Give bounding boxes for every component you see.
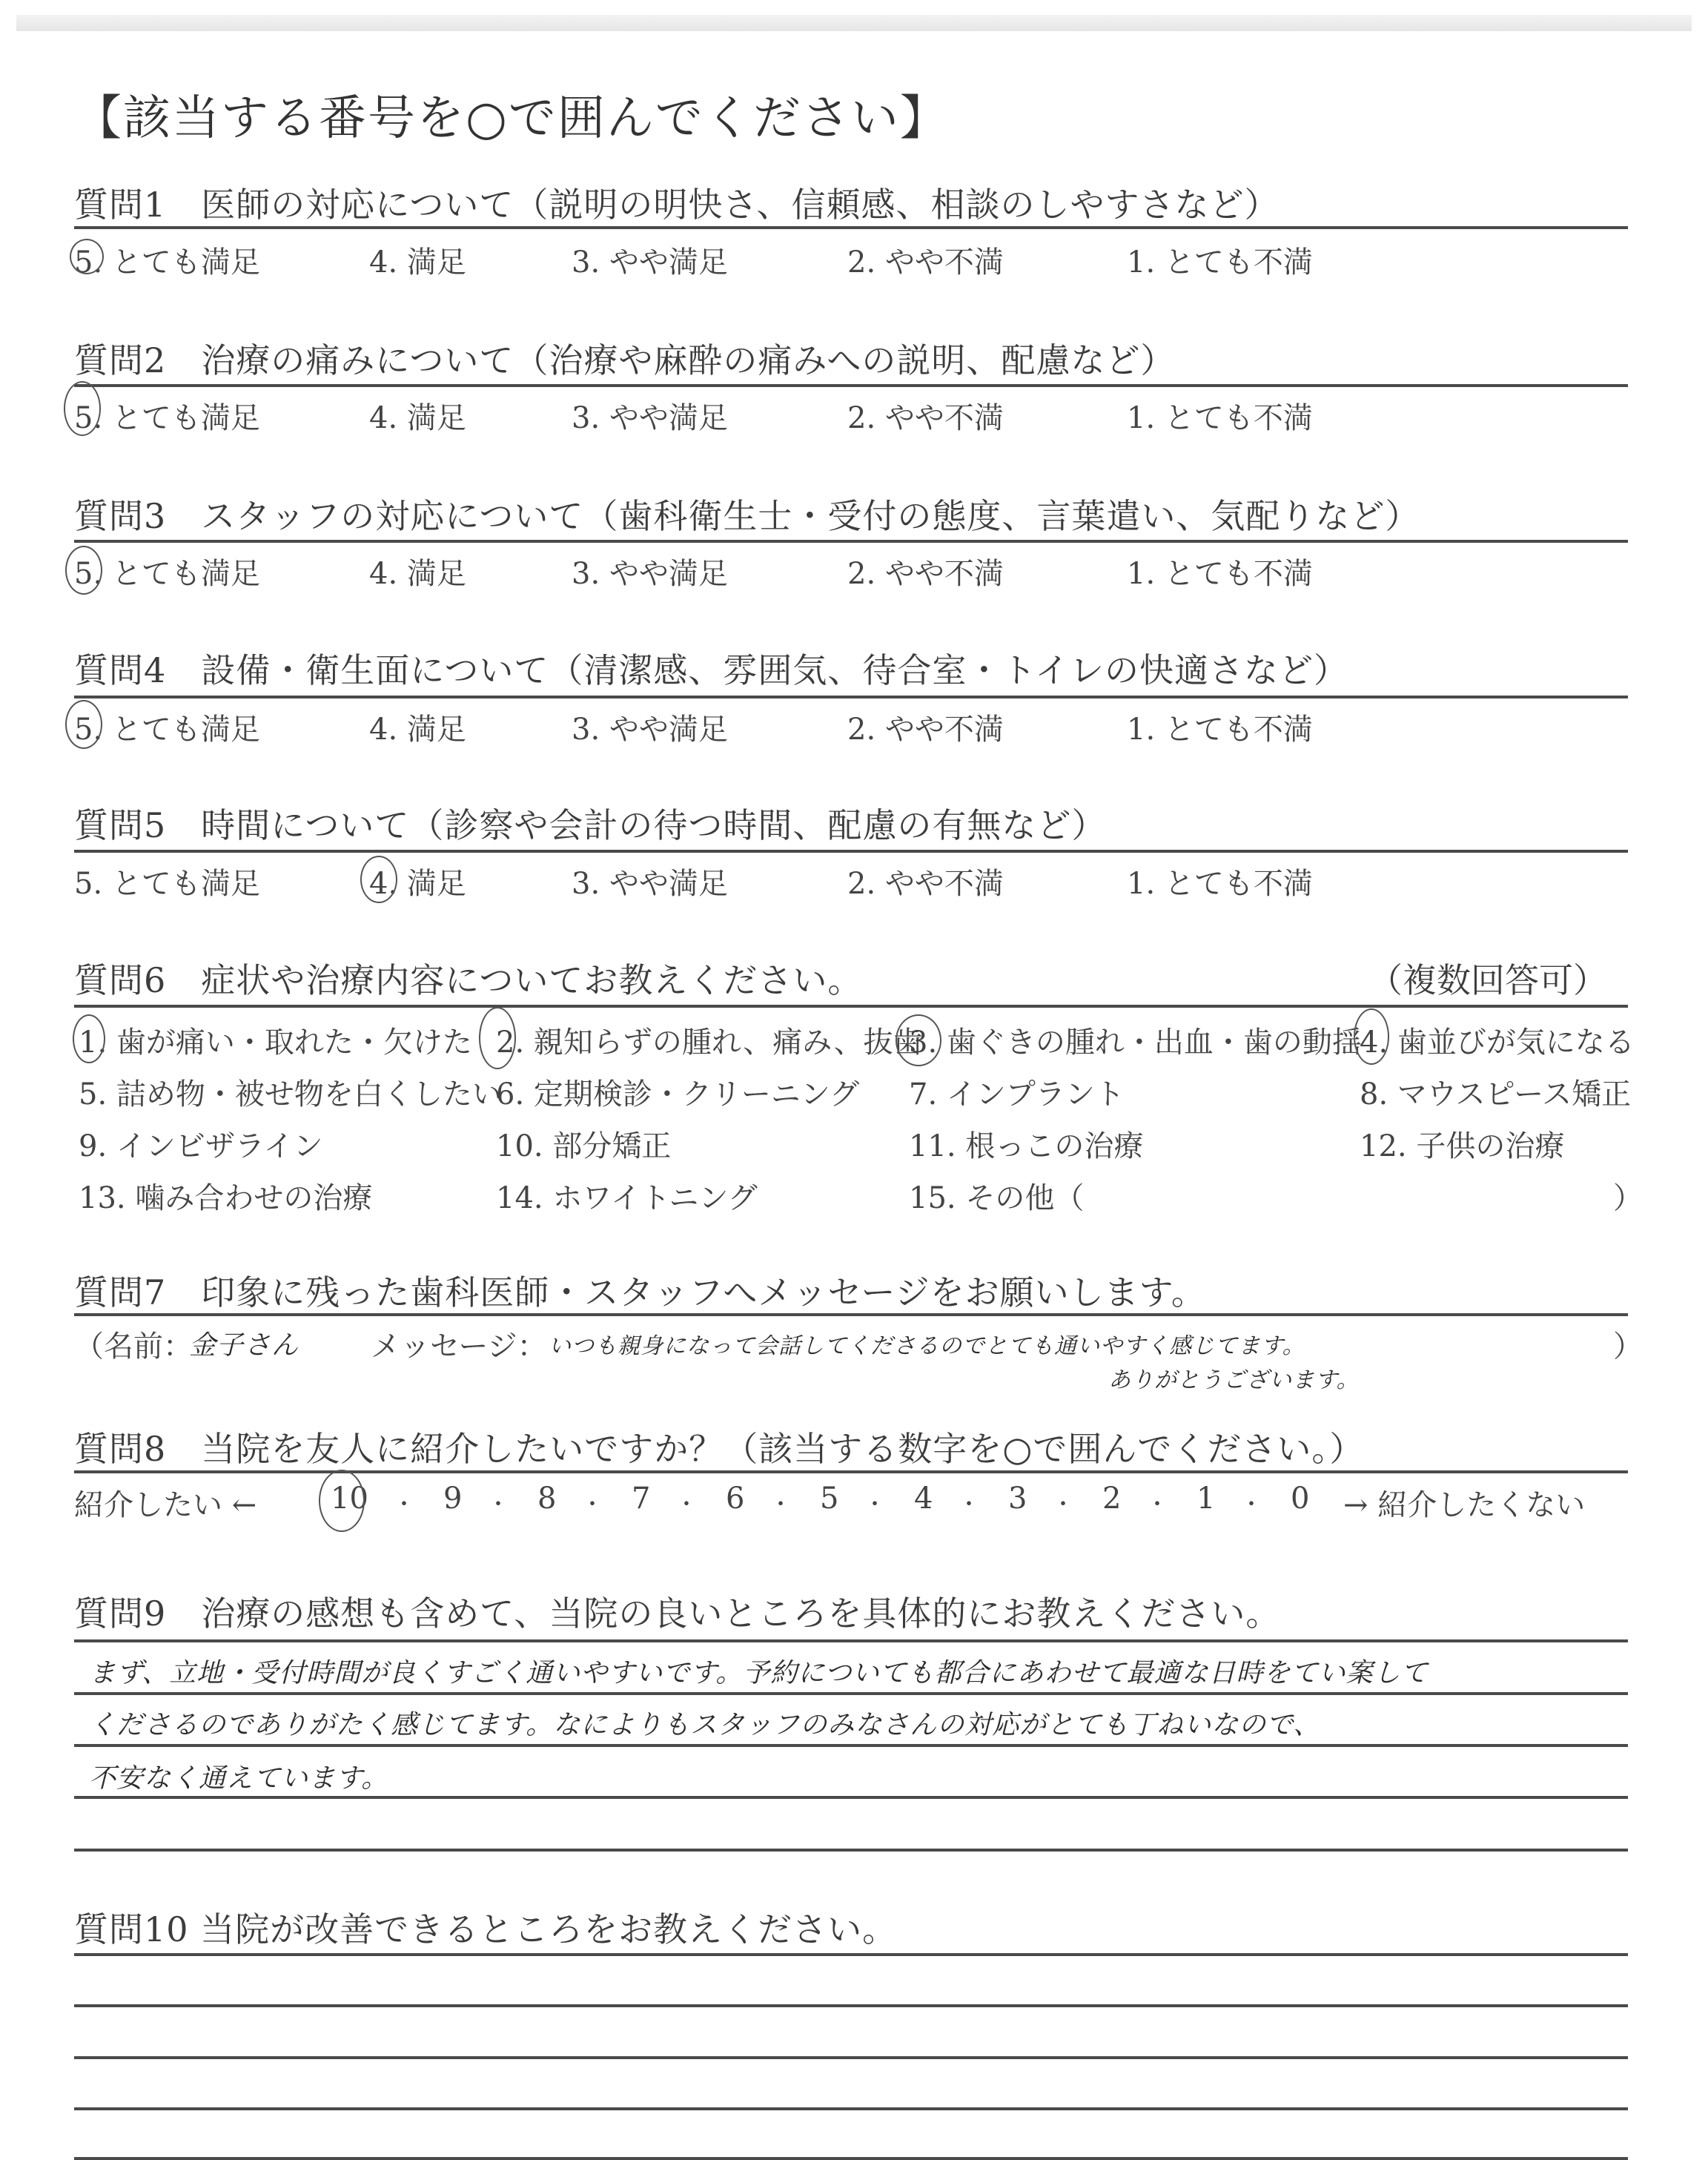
q6-option-10[interactable]: 10. 部分矯正 [496, 1123, 671, 1165]
scale-8[interactable]: 8 [537, 1482, 556, 1516]
question-1-title: 質問1 医師の対応について（説明の明快さ、信頼感、相談のしやすさなど） [74, 178, 1280, 227]
q3-option-2[interactable]: 2. やや不満 [847, 550, 1004, 592]
q9-line-4 [74, 1796, 1628, 1799]
scale-4[interactable]: 4 [914, 1482, 933, 1516]
q6-option-6[interactable]: 6. 定期検診・クリーニング [496, 1071, 859, 1113]
question-4-title: 質問4 設備・衛生面について（清潔感、雰囲気、待合室・トイレの快適さなど） [74, 644, 1348, 693]
scale-dot: ・ [393, 1486, 415, 1519]
scan-edge-band [16, 15, 1692, 31]
q3-option-1[interactable]: 1. とても不満 [1127, 550, 1313, 592]
q6-option-11[interactable]: 11. 根っこの治療 [909, 1123, 1143, 1165]
q9-line-5 [74, 1849, 1628, 1852]
question-5-title: 質問5 時間について（診察や会計の待つ時間、配慮の有無など） [74, 799, 1106, 848]
scale-dot: ・ [1052, 1486, 1074, 1519]
q6-option-12[interactable]: 12. 子供の治療 [1360, 1123, 1564, 1165]
scale-3[interactable]: 3 [1008, 1482, 1027, 1516]
q9-answer-line-3[interactable]: 不安なく通えています。 [89, 1757, 388, 1795]
q1-option-2[interactable]: 2. やや不満 [847, 239, 1004, 281]
q4-option-1[interactable]: 1. とても不満 [1127, 706, 1313, 748]
scale-7[interactable]: 7 [632, 1482, 650, 1516]
scale-9[interactable]: 9 [443, 1482, 462, 1516]
q5-option-1[interactable]: 1. とても不満 [1127, 860, 1313, 902]
scale-5[interactable]: 5 [820, 1482, 838, 1516]
scale-0[interactable]: 0 [1291, 1482, 1309, 1516]
question-1-divider [74, 226, 1628, 229]
scale-dot: ・ [675, 1486, 698, 1519]
q4-option-2[interactable]: 2. やや不満 [847, 706, 1004, 748]
recommend-right-label: → 紹介したくない [1343, 1482, 1585, 1524]
q5-option-3[interactable]: 3. やや満足 [572, 860, 728, 902]
message-close-paren: ） [1613, 1323, 1643, 1365]
name-label: （名前： [74, 1323, 193, 1365]
q10-line-5 [74, 2157, 1628, 2160]
q4-option-4[interactable]: 4. 満足 [369, 706, 466, 748]
q6-other-close-paren: ） [1613, 1175, 1643, 1217]
question-2-title: 質問2 治療の痛みについて（治療や麻酔の痛みへの説明、配慮など） [74, 334, 1175, 383]
q6-option-13[interactable]: 13. 噛み合わせの治療 [79, 1175, 372, 1217]
question-9-title: 質問9 治療の感想も含めて、当院の良いところを具体的にお教えください。 [74, 1587, 1280, 1636]
q6-option-9[interactable]: 9. インビザライン [79, 1123, 323, 1165]
scale-dot: ・ [1146, 1486, 1168, 1519]
q5-option-4[interactable]: 4. 満足 [369, 860, 466, 902]
scale-dot: ・ [958, 1486, 980, 1519]
q9-line-3 [74, 1744, 1628, 1747]
q4-option-3[interactable]: 3. やや満足 [572, 706, 728, 748]
q3-option-5[interactable]: 5. とても満足 [74, 550, 260, 592]
q9-line-2 [74, 1692, 1628, 1695]
page-title: 【該当する番号を○で囲んでください】 [74, 80, 949, 148]
q2-option-3[interactable]: 3. やや満足 [572, 394, 728, 437]
q5-option-5[interactable]: 5. とても満足 [74, 860, 260, 902]
question-7-divider [74, 1313, 1628, 1316]
scale-dot: ・ [581, 1486, 603, 1519]
q2-option-5[interactable]: 5. とても満足 [74, 394, 260, 437]
q6-option-1[interactable]: 1. 歯が痛い・取れた・欠けた [79, 1019, 472, 1061]
message-line-1-handwritten[interactable]: いつも親身になって会話してくださるのでとても通いやすく感じてます。 [549, 1327, 1305, 1360]
scale-10[interactable]: 10 [331, 1482, 368, 1516]
q10-line-2 [74, 2004, 1628, 2007]
q9-answer-line-2[interactable]: くださるのでありがたく感じてます。なによりもスタッフのみなさんの対応がとても丁ね… [89, 1704, 1320, 1742]
q10-line-3 [74, 2056, 1628, 2059]
question-7-title: 質問7 印象に残った歯科医師・スタッフへメッセージをお願いします。 [74, 1266, 1206, 1315]
q3-option-4[interactable]: 4. 満足 [369, 550, 466, 592]
scale-2[interactable]: 2 [1102, 1482, 1121, 1516]
q6-option-2[interactable]: 2. 親知らずの腫れ、痛み、抜歯 [496, 1019, 923, 1061]
question-3-divider [74, 540, 1628, 543]
q10-line-4 [74, 2107, 1628, 2110]
q9-line-1 [74, 1639, 1628, 1642]
q1-option-3[interactable]: 3. やや満足 [572, 239, 728, 281]
message-line-2-handwritten[interactable]: ありがとうございます。 [1108, 1361, 1360, 1394]
q6-option-8[interactable]: 8. マウスピース矯正 [1360, 1071, 1631, 1113]
scale-1[interactable]: 1 [1196, 1482, 1215, 1516]
q1-option-4[interactable]: 4. 満足 [369, 239, 466, 281]
question-2-divider [74, 384, 1628, 387]
q4-option-5[interactable]: 5. とても満足 [74, 706, 260, 748]
q6-option-5[interactable]: 5. 詰め物・被せ物を白くしたい [79, 1071, 502, 1113]
question-6-title: 質問6 症状や治療内容についてお教えください。 [74, 954, 862, 1003]
q10-line-1 [74, 1953, 1628, 1956]
question-8-divider [74, 1470, 1628, 1473]
q2-option-1[interactable]: 1. とても不満 [1127, 394, 1313, 437]
scale-dot: ・ [769, 1486, 792, 1519]
scale-dot: ・ [864, 1486, 886, 1519]
question-5-divider [74, 850, 1628, 853]
scale-dot: ・ [487, 1486, 509, 1519]
scale-dot: ・ [1240, 1486, 1262, 1519]
q6-option-14[interactable]: 14. ホワイトニング [496, 1175, 758, 1217]
question-10-title: 質問10 当院が改善できるところをお教えください。 [74, 1903, 897, 1952]
multiple-answers-note: （複数回答可） [1368, 954, 1607, 1003]
question-8-title: 質問8 当院を友人に紹介したいですか？（該当する数字を○で囲んでください。） [74, 1422, 1364, 1471]
name-value-handwritten[interactable]: 金子さん [189, 1324, 299, 1362]
q3-option-3[interactable]: 3. やや満足 [572, 550, 728, 592]
q9-answer-line-1[interactable]: まず、立地・受付時間が良くすごく通いやすいです。予約についても都合にあわせて最適… [89, 1652, 1429, 1690]
q6-option-4[interactable]: 4. 歯並びが気になる [1360, 1019, 1635, 1061]
q1-option-5[interactable]: 5. とても満足 [74, 239, 260, 281]
recommend-left-label: 紹介したい ← [74, 1482, 256, 1524]
question-4-divider [74, 696, 1628, 698]
q2-option-4[interactable]: 4. 満足 [369, 394, 466, 437]
q2-option-2[interactable]: 2. やや不満 [847, 394, 1004, 437]
question-6-divider [74, 1005, 1628, 1008]
q6-option-3[interactable]: 3. 歯ぐきの腫れ・出血・歯の動揺 [909, 1019, 1362, 1061]
q6-option-7[interactable]: 7. インプラント [909, 1071, 1125, 1113]
scale-6[interactable]: 6 [726, 1482, 744, 1516]
q1-option-1[interactable]: 1. とても不満 [1127, 239, 1313, 281]
message-label: メッセージ： [371, 1323, 547, 1365]
question-3-title: 質問3 スタッフの対応について（歯科衛生士・受付の態度、言葉遣い、気配りなど） [74, 489, 1420, 538]
q6-option-15[interactable]: 15. その他（ [909, 1175, 1084, 1217]
q5-option-2[interactable]: 2. やや不満 [847, 860, 1004, 902]
